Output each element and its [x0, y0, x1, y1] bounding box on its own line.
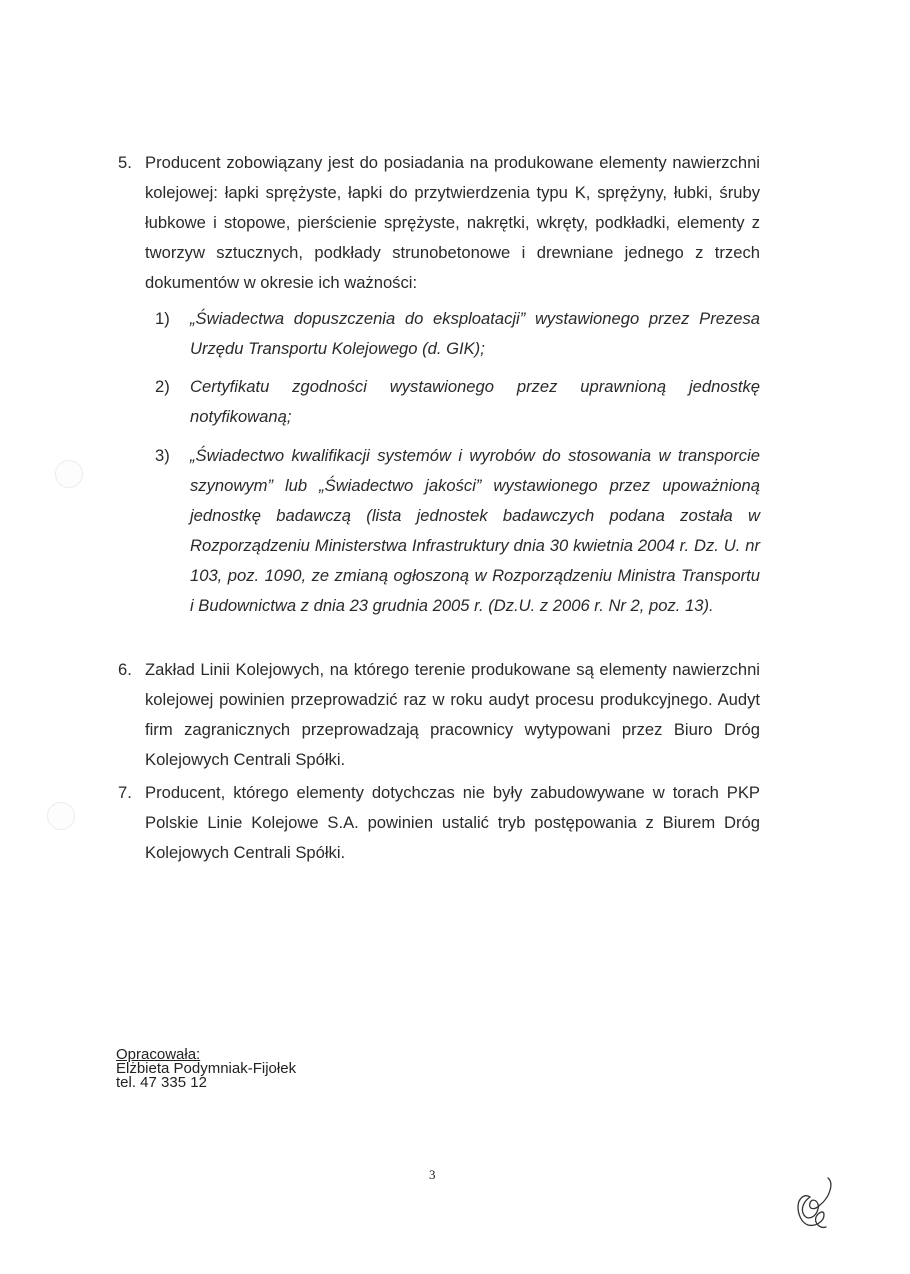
document-page: 5. Producent zobowiązany jest do posiada…: [0, 0, 910, 1274]
subitem-text: Certyfikatu zgodności wystawionego przez…: [190, 372, 760, 432]
punch-hole-mark: [47, 802, 75, 830]
subitem-text: „Świadectwo kwalifikacji systemów i wyro…: [190, 441, 760, 621]
subitem-3: 3) „Świadectwo kwalifikacji systemów i w…: [155, 441, 760, 621]
list-item-6: 6. Zakład Linii Kolejowych, na którego t…: [118, 655, 760, 775]
punch-hole-mark: [55, 460, 83, 488]
list-item-7: 7. Producent, którego elementy dotychcza…: [118, 778, 760, 868]
subitem-1: 1) „Świadectwa dopuszczenia do eksploata…: [155, 304, 760, 364]
signature-icon: [790, 1175, 840, 1235]
item-text: Producent, którego elementy dotychczas n…: [145, 778, 760, 868]
author-block: Opracowała: Elżbieta Podymniak-Fijołek t…: [116, 1048, 296, 1090]
subitem-text: „Świadectwa dopuszczenia do eksploatacji…: [190, 304, 760, 364]
item-text: Zakład Linii Kolejowych, na którego tere…: [145, 655, 760, 775]
item-number: 6.: [118, 655, 132, 685]
author-phone: tel. 47 335 12: [116, 1076, 296, 1090]
subitem-2: 2) Certyfikatu zgodności wystawionego pr…: [155, 372, 760, 432]
item-number: 5.: [118, 148, 132, 178]
item-number: 7.: [118, 778, 132, 808]
page-number: 3: [429, 1167, 436, 1183]
item-text: Producent zobowiązany jest do posiadania…: [145, 148, 760, 298]
list-item-5: 5. Producent zobowiązany jest do posiada…: [118, 148, 760, 298]
subitem-number: 2): [155, 372, 170, 402]
subitem-number: 1): [155, 304, 170, 334]
subitem-number: 3): [155, 441, 170, 471]
